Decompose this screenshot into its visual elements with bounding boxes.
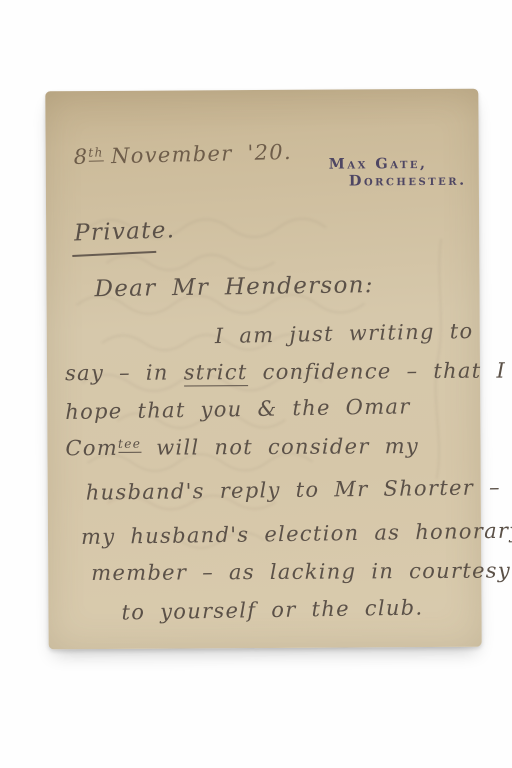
letterhead-address-line2: Dorchester. [349, 172, 467, 190]
letter-paper: 8thNovember '20. Max Gate, Dorchester. P… [45, 89, 481, 650]
letterhead: Max Gate, Dorchester. [329, 155, 467, 190]
body-line-4-lead: Com [65, 436, 118, 460]
committee-superscript-abbr: tee [118, 437, 141, 453]
date-day: 8 [73, 145, 88, 169]
date-ordinal-suffix: th [88, 145, 104, 161]
privacy-label: Private. [74, 217, 176, 246]
body-line-2: say – in strict confidence – that I [65, 359, 506, 386]
date-line: 8thNovember '20. [73, 140, 292, 169]
body-line-7: member – as lacking in courtesy [91, 558, 511, 585]
body-line-2-lead: say – in [65, 360, 184, 385]
letterhead-address-line1: Max Gate, [329, 155, 467, 173]
underlined-word-strict: strict [184, 360, 248, 386]
body-line-2-tail: confidence – that I [248, 359, 507, 385]
body-line-4-tail: will not consider my [141, 434, 419, 460]
letter-photograph: 8thNovember '20. Max Gate, Dorchester. P… [0, 0, 512, 768]
date-month-year: November '20. [111, 140, 292, 168]
salutation: Dear Mr Henderson: [94, 272, 374, 302]
body-line-4: Comtee will not consider my [65, 434, 419, 460]
body-line-8: to yourself or the club. [121, 595, 423, 624]
